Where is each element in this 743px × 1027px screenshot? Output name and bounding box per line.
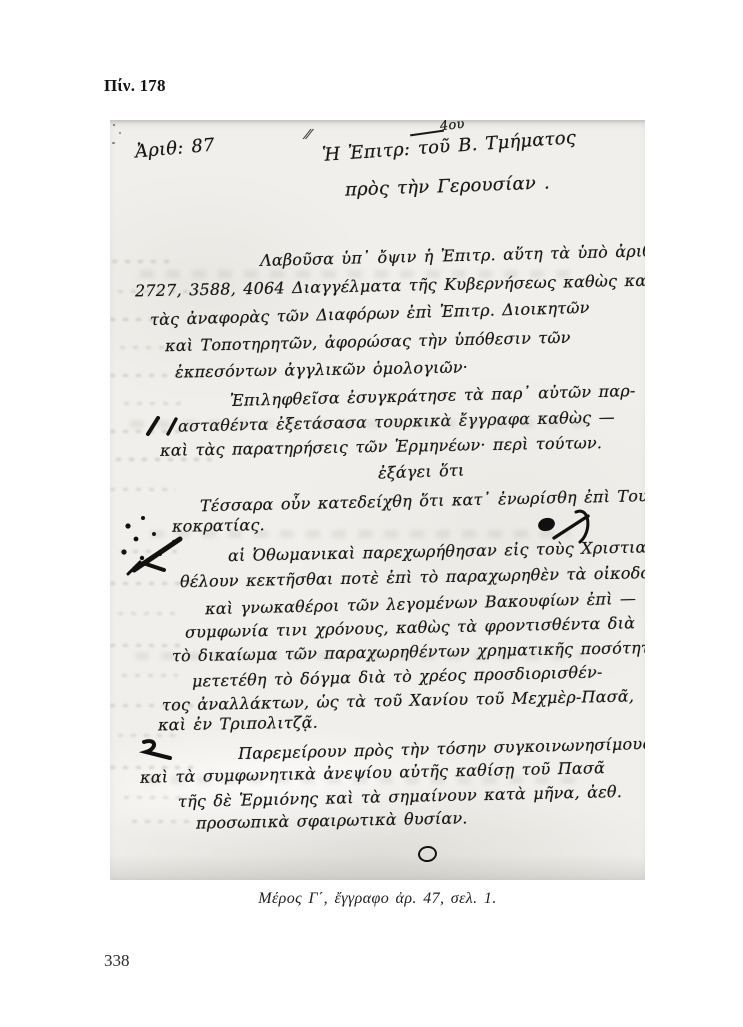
ink-blot — [116, 512, 211, 582]
ms-line: τῆς δὲ Ἑρμιόνης καὶ τὰ σημαίνουν κατὰ μῆ… — [178, 782, 622, 811]
stray-stroke — [546, 504, 606, 546]
bleedthrough-mark — [110, 582, 196, 585]
ms-line: καὶ Τοποτηρητῶν, ἀφορώσας τὴν ὑπόθεσιν τ… — [165, 328, 571, 355]
ghost-writing — [135, 652, 585, 660]
figure-caption: Μέρος Γ΄, ἔγγραφο ἀρ. 47, σελ. 1. — [110, 890, 645, 908]
ms-header-number: Ἀριθ: 87 — [134, 135, 215, 163]
ms-header-addressee: πρὸς τὴν Γερουσίαν . — [345, 172, 550, 200]
ms-line: τος ἀναλλάκτων, ὡς τὰ τοῦ Χανίου τοῦ Μεχ… — [162, 686, 634, 714]
ghost-writing — [145, 776, 575, 784]
bleedthrough-mark — [124, 402, 184, 405]
bleedthrough-mark — [118, 290, 200, 293]
bleedthrough-mark — [110, 704, 194, 707]
ms-line: τὰς ἀναφορὰς τῶν Διαφόρων ἐπὶ Ἐπιτρ. Διο… — [150, 298, 590, 329]
bleedthrough-mark — [110, 430, 186, 433]
bleedthrough-mark — [120, 346, 194, 349]
bleedthrough-mark — [110, 644, 188, 647]
bleedthrough-mark — [132, 820, 202, 823]
insertion-caret-line — [410, 130, 444, 137]
bleedthrough-mark — [110, 488, 176, 491]
ms-line: καὶ τὰς παρατηρήσεις τῶν Ἑρμηνέων· περὶ … — [160, 433, 602, 460]
bleedthrough-mark — [118, 734, 182, 737]
bleedthrough-mark — [118, 612, 180, 615]
bleedthrough-mark — [112, 260, 172, 263]
speck — [112, 142, 115, 144]
bleedthrough-mark — [110, 766, 198, 769]
circle-mark — [417, 845, 438, 863]
speck — [113, 124, 115, 126]
ms-line: Λαβοῦσα ὑπ᾽ ὄψιν ἡ Ἐπιτρ. αὕτη τὰ ὑπὸ ἀρ… — [260, 241, 645, 270]
page-number: 338 — [104, 951, 130, 971]
plate-label: Πίν. 178 — [104, 76, 166, 96]
stray-stroke — [136, 736, 182, 766]
bleedthrough-mark — [116, 458, 212, 461]
ms-line: θέλουν κεκτῆσθαι ποτὲ ἐπὶ τὸ παραχωρηθὲν… — [180, 562, 645, 591]
bleedthrough-mark — [110, 374, 202, 377]
ghost-writing — [130, 420, 590, 428]
ms-line: συμφωνία τινι χρόνους, καθὼς τὰ φροντισθ… — [185, 613, 635, 641]
bleedthrough-mark — [120, 550, 178, 553]
ghost-writing — [150, 530, 570, 538]
bleedthrough-mark — [110, 318, 165, 321]
book-page: Πίν. 178 Ἀριθ: 87 ⁄⁄ Ἡ Ἐπιτρ: τοῦ Β. Τμή… — [0, 0, 743, 1027]
ms-line: μετετέθη τὸ δόγμα διὰ τὸ χρέος προσδιορι… — [192, 662, 603, 690]
ms-line: ἐκπεσόντων ἀγγλικῶν ὁμολογιῶν· — [175, 357, 468, 381]
ms-line: προσωπικὰ σφαιρωτικὰ θυσίαν. — [196, 808, 468, 832]
ms-interlinear-note: 4ου — [439, 120, 465, 134]
ms-number-flourish: ⁄⁄ — [306, 128, 311, 143]
ms-line: Ἐπιληφθεῖσα ἐσυγκράτησε τὰ παρ᾽ αὐτῶν πα… — [230, 381, 636, 410]
speck — [119, 132, 121, 134]
manuscript-scan: Ἀριθ: 87 ⁄⁄ Ἡ Ἐπιτρ: τοῦ Β. Τμήματος 4ου… — [110, 120, 645, 880]
ghost-writing — [140, 270, 570, 278]
ms-line: ἐξάγει ὅτι — [378, 460, 465, 482]
bleedthrough-mark — [124, 796, 182, 799]
bleedthrough-mark — [122, 674, 178, 677]
ms-line: καὶ ἐν Τριπολιτζᾷ. — [158, 713, 318, 735]
